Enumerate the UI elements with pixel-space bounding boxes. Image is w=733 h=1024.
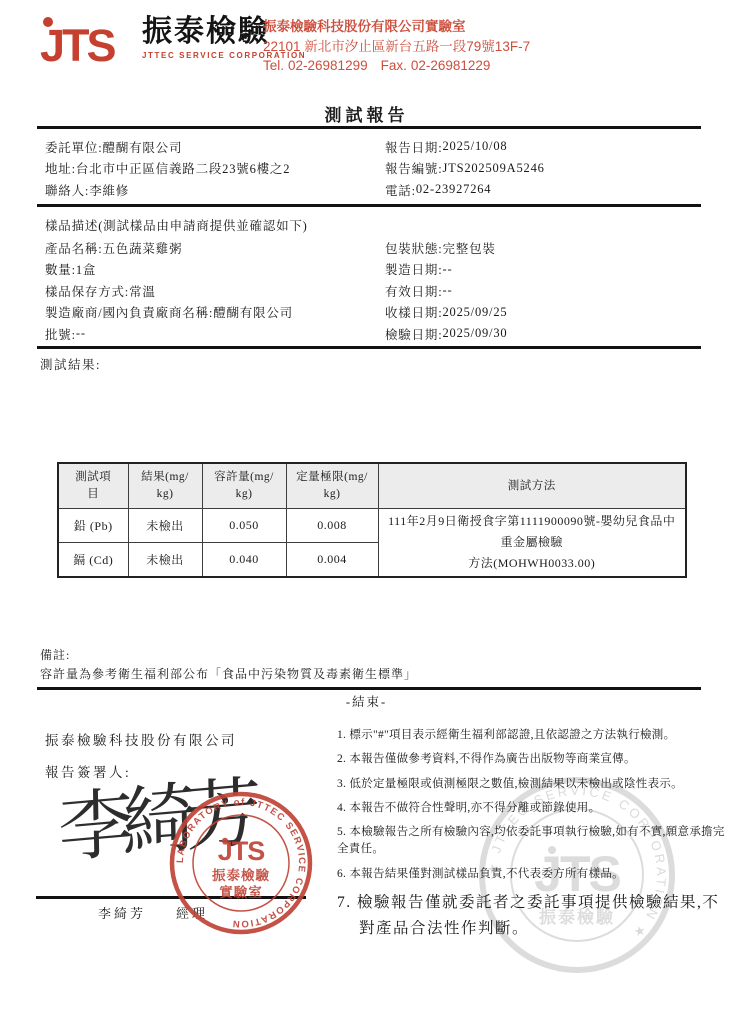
- col-header-item: 測試項目: [58, 463, 128, 509]
- divider: [37, 346, 701, 349]
- field-value: 1盒: [76, 260, 96, 278]
- quantity-row: 數量:1盒: [45, 259, 293, 281]
- manufacture-date-row: 製造日期:--: [385, 259, 507, 281]
- col-header-allowance: 容許量(mg/kg): [202, 463, 286, 509]
- field-label: 製造日期:: [385, 260, 442, 278]
- cell-item: 鉛 (Pb): [58, 509, 128, 543]
- field-label: 樣品保存方式:: [45, 282, 129, 300]
- stamp-logo-text: JTS: [218, 836, 265, 866]
- batch-number-row: 批號:--: [45, 323, 293, 345]
- logo-text: JTS: [40, 20, 114, 71]
- note-item: 5. 本檢驗報告之所有檢驗內容,均依委託事項執行檢驗,如有不實,願意承擔完全責任…: [337, 824, 729, 859]
- field-value: 台北市中正區信義路二段23號6樓之2: [76, 159, 290, 177]
- cell-item: 鎘 (Cd): [58, 543, 128, 578]
- lab-phone-line: Tel.02-26981299Fax.02-26981229: [263, 56, 530, 76]
- field-label: 製造廠商/國內負責廠商名稱:: [45, 303, 213, 321]
- report-meta-column: 報告日期:2025/10/08 報告編號:JTS202509A5246 電話:0…: [385, 136, 545, 201]
- col-header-loq: 定量極限(mg/kg): [286, 463, 378, 509]
- field-label: 報告編號:: [385, 159, 442, 177]
- table-header-row: 測試項目 結果(mg/kg) 容許量(mg/kg) 定量極限(mg/kg) 測試…: [58, 463, 686, 509]
- stamp-line2: 實驗室: [219, 884, 263, 900]
- divider: [37, 126, 701, 129]
- sample-info-left-column: 產品名稱:五色蔬菜雞粥 數量:1盒 樣品保存方式:常溫 製造廠商/國內負責廠商名…: [45, 237, 293, 345]
- lab-seal-stamp: LABORATORY of JTTEC SERVICE CORPORATION …: [166, 788, 316, 938]
- field-value: 02-23927264: [416, 182, 491, 197]
- field-label: 報告日期:: [385, 138, 442, 156]
- note-item: 3. 低於定量極限或偵測極限之數值,檢測結果以未檢出或陰性表示。: [337, 776, 729, 793]
- lab-name: 振泰檢驗科技股份有限公司實驗室: [263, 17, 530, 37]
- field-value: 2025/09/30: [442, 326, 507, 341]
- note-item: 4. 本報告不做符合性聲明,亦不得分離或節錄使用。: [337, 800, 729, 817]
- field-label: 有效日期:: [385, 282, 442, 300]
- note-item: 2. 本報告僅做參考資料,不得作為廣告出版物等商業宣傳。: [337, 751, 729, 768]
- field-label: 批號:: [45, 325, 76, 343]
- client-info-column: 委託單位:醴醐有限公司 地址:台北市中正區信義路二段23號6樓之2 聯絡人:李維…: [45, 136, 290, 201]
- sample-description-heading: 樣品描述(測試樣品由申請商提供並確認如下): [45, 216, 308, 234]
- manufacturer-row: 製造廠商/國內負責廠商名稱:醴醐有限公司: [45, 302, 293, 324]
- note-item: 6. 本報告結果僅對測試樣品負責,不代表委方所有樣品。: [337, 866, 729, 883]
- cell-method: 111年2月9日衛授食字第1111900090號-嬰幼兒食品中重金屬檢驗 方法(…: [378, 509, 686, 578]
- divider: [37, 687, 701, 690]
- field-label: 數量:: [45, 260, 76, 278]
- packaging-row: 包裝狀態:完整包裝: [385, 237, 507, 259]
- test-date-row: 檢驗日期:2025/09/30: [385, 323, 507, 345]
- client-name-row: 委託單位:醴醐有限公司: [45, 136, 290, 158]
- field-value: 李維修: [89, 181, 129, 199]
- field-value: 醴醐有限公司: [102, 138, 182, 156]
- table-row: 鉛 (Pb) 未檢出 0.050 0.008 111年2月9日衛授食字第1111…: [58, 509, 686, 543]
- report-phone-row: 電話:02-23927264: [385, 179, 545, 201]
- field-value: 2025/10/08: [442, 139, 507, 154]
- field-value: 常溫: [129, 282, 156, 300]
- cell-result: 未檢出: [128, 543, 202, 578]
- receive-date-row: 收樣日期:2025/09/25: [385, 302, 507, 324]
- divider: [37, 204, 701, 207]
- report-notes: 1. 標示"#"項目表示經衛生福利部認證,且依認證之方法執行檢測。 2. 本報告…: [337, 727, 729, 949]
- cell-allowance: 0.040: [202, 543, 286, 578]
- report-date-row: 報告日期:2025/10/08: [385, 136, 545, 158]
- results-heading: 測試結果:: [40, 355, 101, 373]
- field-label: 電話:: [385, 181, 416, 199]
- client-address-row: 地址:台北市中正區信義路二段23號6樓之2: [45, 158, 290, 180]
- fax-number: 02-26981229: [411, 58, 491, 73]
- field-label: 包裝狀態:: [385, 239, 442, 257]
- fax-label: Fax.: [381, 58, 407, 73]
- field-label: 地址:: [45, 159, 76, 177]
- issuer-company-name: 振泰檢驗科技股份有限公司: [45, 729, 237, 749]
- tel-label: Tel.: [263, 58, 284, 73]
- product-name-row: 產品名稱:五色蔬菜雞粥: [45, 237, 293, 259]
- expiry-date-row: 有效日期:--: [385, 280, 507, 302]
- cell-result: 未檢出: [128, 509, 202, 543]
- tel-number: 02-26981299: [288, 58, 368, 73]
- storage-row: 樣品保存方式:常溫: [45, 280, 293, 302]
- field-value: --: [76, 326, 86, 341]
- field-label: 委託單位:: [45, 138, 102, 156]
- cell-allowance: 0.050: [202, 509, 286, 543]
- field-value: 五色蔬菜雞粥: [102, 239, 182, 257]
- field-label: 聯絡人:: [45, 181, 89, 199]
- logo-dot-icon: [43, 17, 53, 27]
- results-table: 測試項目 結果(mg/kg) 容許量(mg/kg) 定量極限(mg/kg) 測試…: [57, 462, 687, 578]
- signer-name: 李綺芳: [98, 906, 146, 921]
- stamp-line1: 振泰檢驗: [211, 867, 270, 883]
- cell-loq: 0.004: [286, 543, 378, 578]
- note-item-emphasized: 7. 檢驗報告僅就委託者之委託事項提供檢驗結果,不對產品合法性作判斷。: [337, 890, 729, 943]
- field-value: --: [442, 283, 452, 298]
- field-value: --: [442, 262, 452, 277]
- test-report-page: JTS 振泰檢驗 JTTEC SERVICE CORPORATION 振泰檢驗科…: [0, 0, 733, 1024]
- remarks-block: 備註: 容許量為參考衛生福利部公布「食品中污染物質及毒素衛生標準」: [40, 646, 417, 684]
- sample-info-right-column: 包裝狀態:完整包裝 製造日期:-- 有效日期:-- 收樣日期:2025/09/2…: [385, 237, 507, 345]
- field-value: JTS202509A5246: [442, 161, 544, 176]
- col-header-method: 測試方法: [378, 463, 686, 509]
- lab-contact-block: 振泰檢驗科技股份有限公司實驗室 22101 新北市汐止區新台五路一段79號13F…: [263, 17, 530, 76]
- jts-logo: JTS: [40, 15, 132, 68]
- field-label: 產品名稱:: [45, 239, 102, 257]
- end-of-report-marker: -結束-: [0, 692, 733, 710]
- report-number-row: 報告編號:JTS202509A5246: [385, 158, 545, 180]
- col-header-result: 結果(mg/kg): [128, 463, 202, 509]
- field-label: 收樣日期:: [385, 303, 442, 321]
- field-value: 完整包裝: [442, 239, 495, 257]
- lab-address: 22101 新北市汐止區新台五路一段79號13F-7: [263, 37, 530, 57]
- cell-loq: 0.008: [286, 509, 378, 543]
- document-title: 測試報告: [0, 101, 733, 126]
- client-contact-row: 聯絡人:李維修: [45, 179, 290, 201]
- remarks-label: 備註:: [40, 646, 417, 665]
- field-value: 2025/09/25: [442, 305, 507, 320]
- remarks-text: 容許量為參考衛生福利部公布「食品中污染物質及毒素衛生標準」: [40, 665, 417, 684]
- field-value: 醴醐有限公司: [213, 303, 293, 321]
- field-label: 檢驗日期:: [385, 325, 442, 343]
- note-item: 1. 標示"#"項目表示經衛生福利部認證,且依認證之方法執行檢測。: [337, 727, 729, 744]
